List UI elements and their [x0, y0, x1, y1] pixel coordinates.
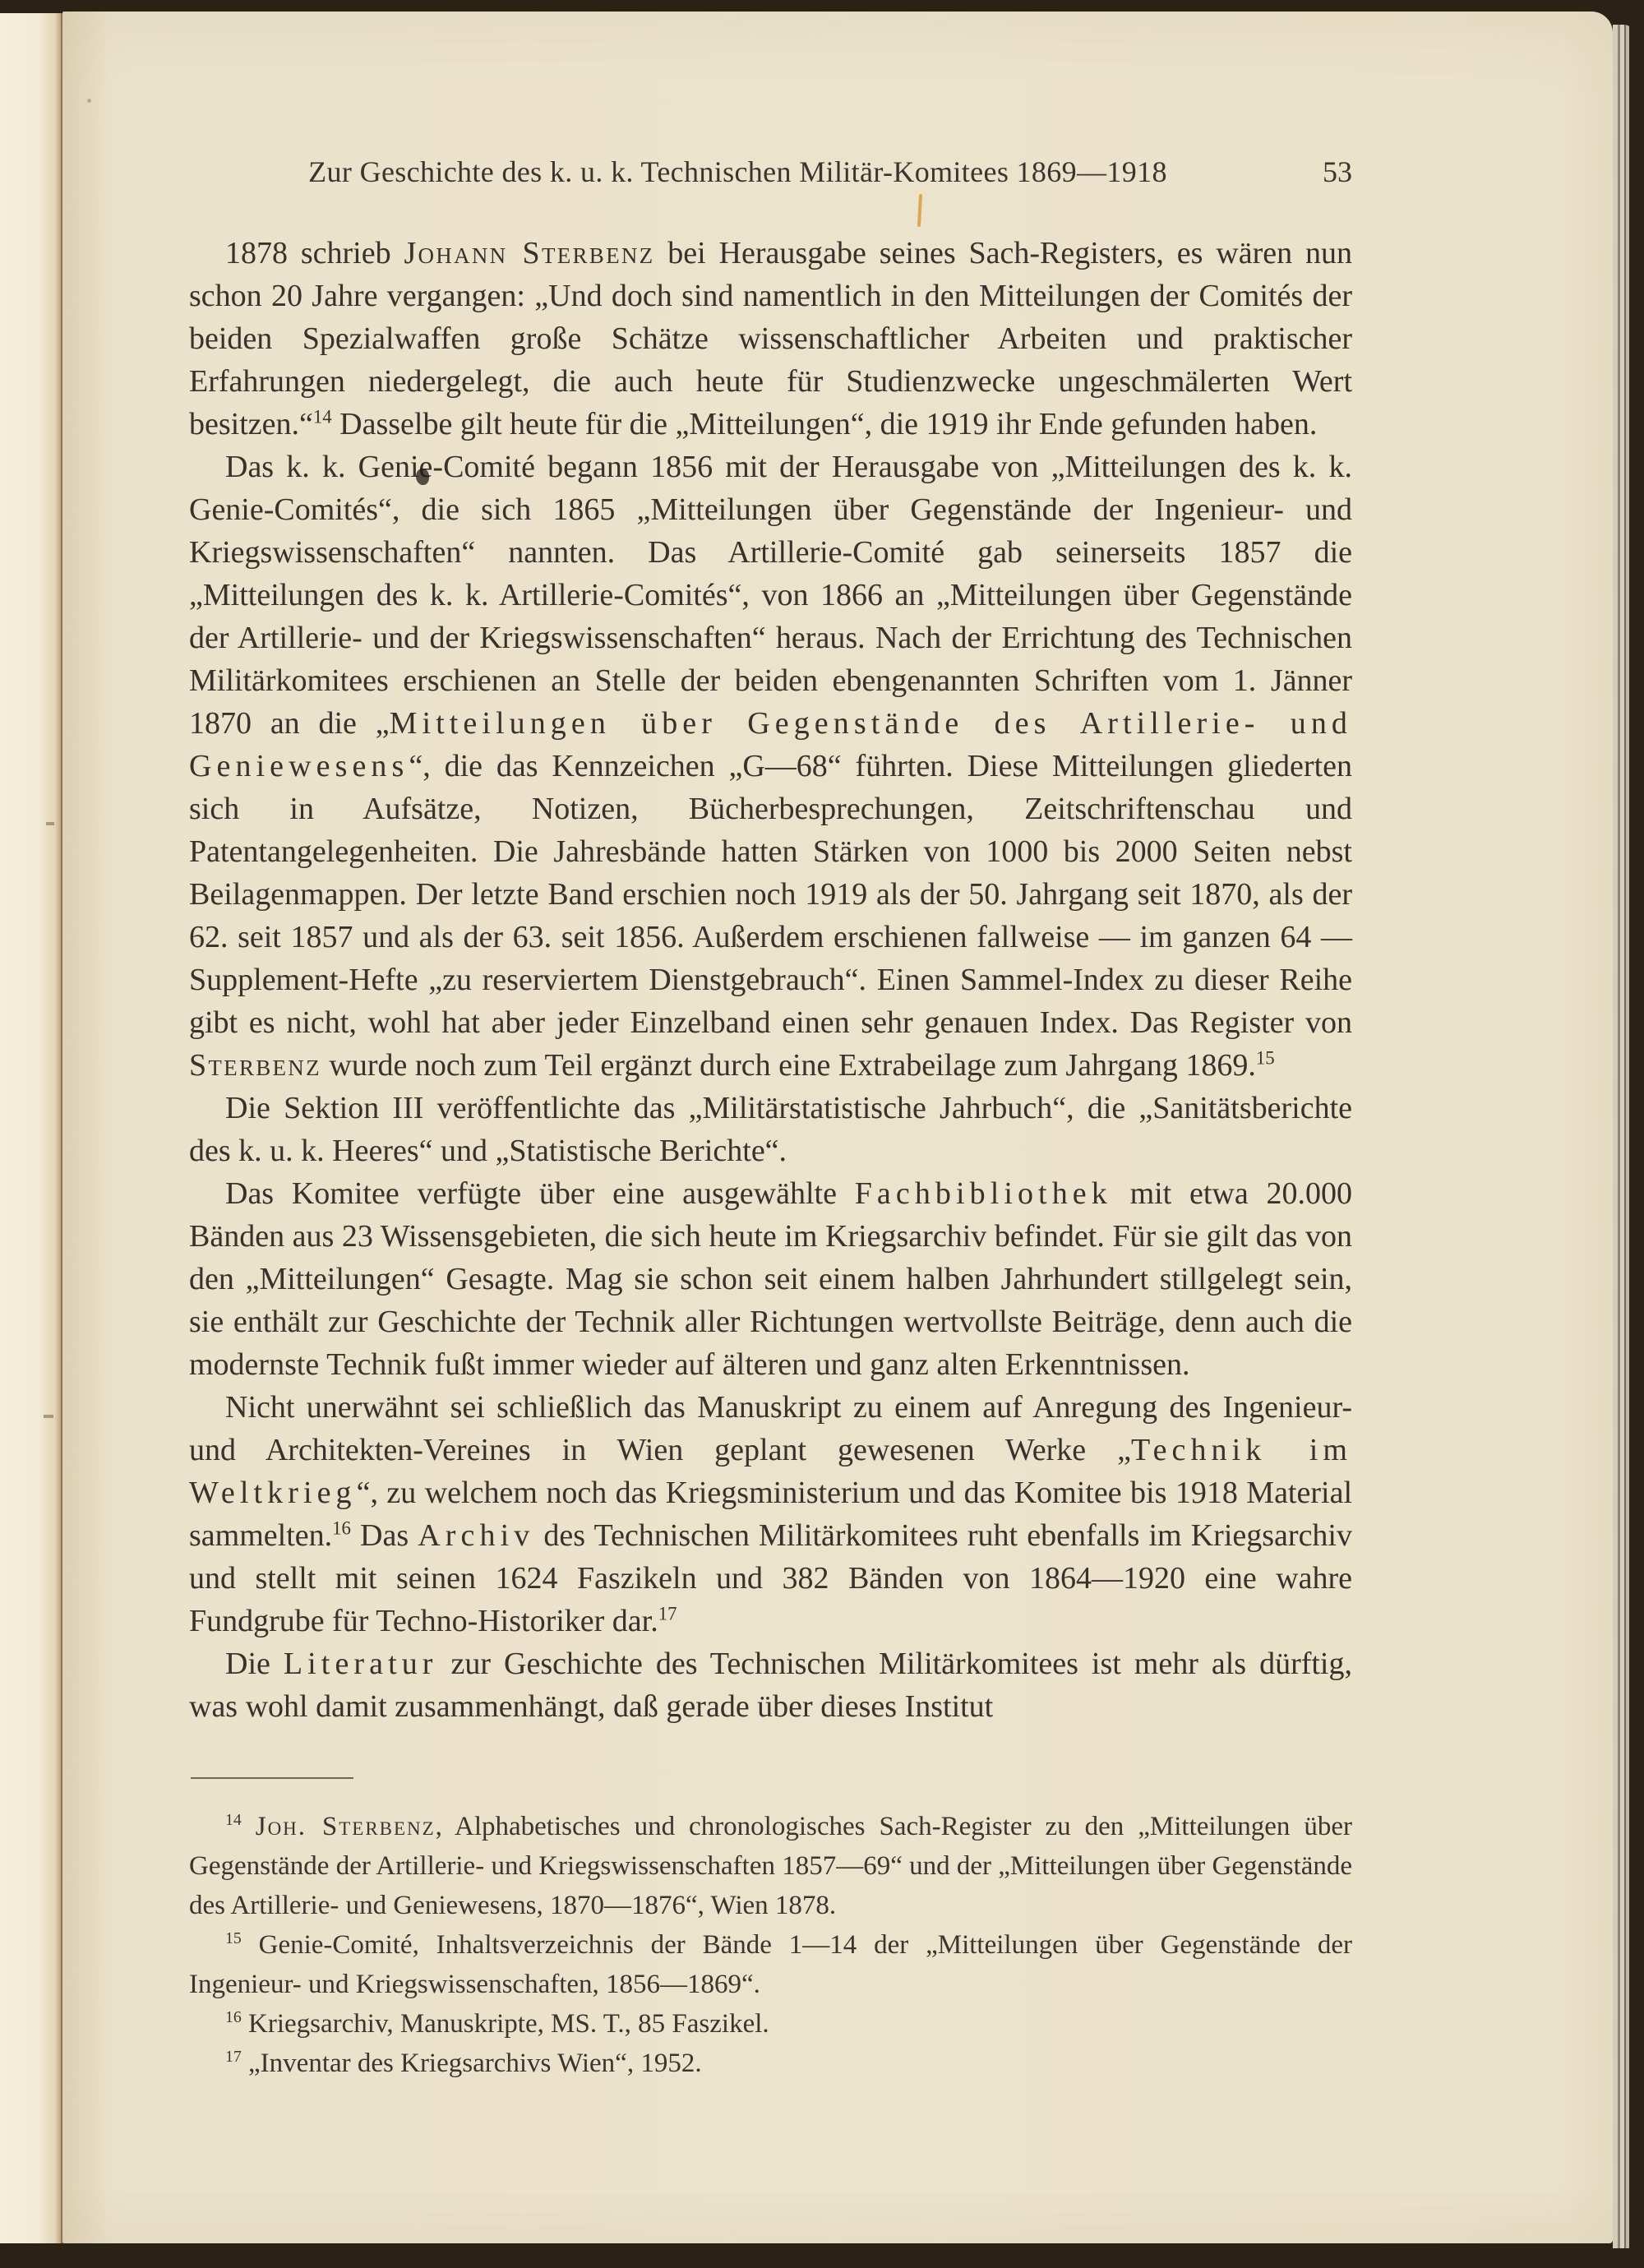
footnote: 17 „Inventar des Kriegsarchivs Wien“, 19…: [189, 2044, 1352, 2083]
text-segment: Archiv: [418, 1518, 534, 1553]
footnote-block: 14 Joh. Sterbenz, Alphabetisches und chr…: [189, 1777, 1352, 2083]
page-title: Zur Geschichte des k. u. k. Technischen …: [189, 153, 1286, 191]
body-paragraph: Das Komitee verfügte über eine ausgewähl…: [189, 1172, 1352, 1386]
body-paragraph: Das k. k. Genie-Comité begann 1856 mit d…: [189, 446, 1352, 1087]
text-segment: 17: [658, 1603, 677, 1624]
page-number: 53: [1286, 153, 1352, 191]
body-paragraph: Die Literatur zur Geschichte des Technis…: [189, 1642, 1352, 1728]
footnote: 15 Genie-Comité, Inhaltsverzeichnis der …: [189, 1925, 1352, 2004]
text-segment: Das Komitee verfügte über eine ausgewähl…: [225, 1176, 855, 1211]
text-segment: [242, 1812, 256, 1841]
footnote: 14 Joh. Sterbenz, Alphabetisches und chr…: [189, 1807, 1352, 1925]
paper-speck: [87, 99, 91, 103]
text-segment: Sterbenz: [189, 1048, 321, 1083]
paper-speck: [46, 822, 54, 825]
text-segment: wurde noch zum Teil ergänzt durch eine E…: [321, 1048, 1256, 1083]
text-segment: 16: [332, 1517, 351, 1538]
text-segment: Joh. Sterbenz: [256, 1812, 436, 1841]
footnote: 16 Kriegsarchiv, Manuskripte, MS. T., 85…: [189, 2004, 1352, 2044]
book-page: Zur Geschichte des k. u. k. Technischen …: [62, 12, 1613, 2243]
body-text: 1878 schrieb Johann Sterbenz bei Herausg…: [189, 232, 1352, 1728]
text-segment: 16: [225, 2008, 242, 2026]
text-segment: Das k. k. Genie-Comité begann 1856 mit d…: [189, 450, 1352, 741]
body-paragraph: Die Sektion III veröffentlichte das „Mil…: [189, 1087, 1352, 1172]
ink-smudge: [416, 469, 429, 485]
paper-speck: [44, 1415, 53, 1418]
text-segment: 14: [225, 1811, 242, 1829]
text-segment: Dasselbe gilt heute für die „Mitteilunge…: [332, 407, 1318, 441]
text-segment: Fachbibliothek: [855, 1176, 1112, 1211]
text-segment: Kriegsarchiv, Manuskripte, MS. T., 85 Fa…: [242, 2009, 769, 2039]
page-content: Zur Geschichte des k. u. k. Technischen …: [189, 153, 1352, 2083]
footnote-separator: [191, 1777, 353, 1779]
text-segment: Die: [225, 1647, 284, 1681]
text-segment: 14: [313, 406, 332, 427]
page-edge-stack: [1613, 25, 1632, 2248]
running-head: Zur Geschichte des k. u. k. Technischen …: [189, 153, 1352, 191]
scan-background: Zur Geschichte des k. u. k. Technischen …: [0, 0, 1644, 2268]
text-segment: 15: [225, 1929, 242, 1947]
text-segment: Literatur: [284, 1647, 438, 1681]
text-segment: 15: [1256, 1047, 1275, 1068]
text-segment: Das: [351, 1518, 418, 1553]
body-paragraph: 1878 schrieb Johann Sterbenz bei Herausg…: [189, 232, 1352, 446]
text-segment: Johann Sterbenz: [404, 236, 654, 270]
body-paragraph: Nicht unerwähnt sei schließlich das Manu…: [189, 1386, 1352, 1642]
text-segment: 17: [225, 2048, 242, 2066]
text-segment: „Inventar des Kriegsarchivs Wien“, 1952.: [242, 2049, 702, 2078]
adjacent-page-edge: [0, 13, 61, 2243]
text-segment: Die Sektion III veröffentlichte das „Mil…: [189, 1091, 1352, 1168]
text-segment: Genie-Comité, Inhaltsverzeichnis der Bän…: [189, 1930, 1352, 1999]
text-segment: “, die das Kennzeichen „G—68“ führten. D…: [189, 749, 1352, 1040]
text-segment: 1878 schrieb: [225, 236, 404, 270]
